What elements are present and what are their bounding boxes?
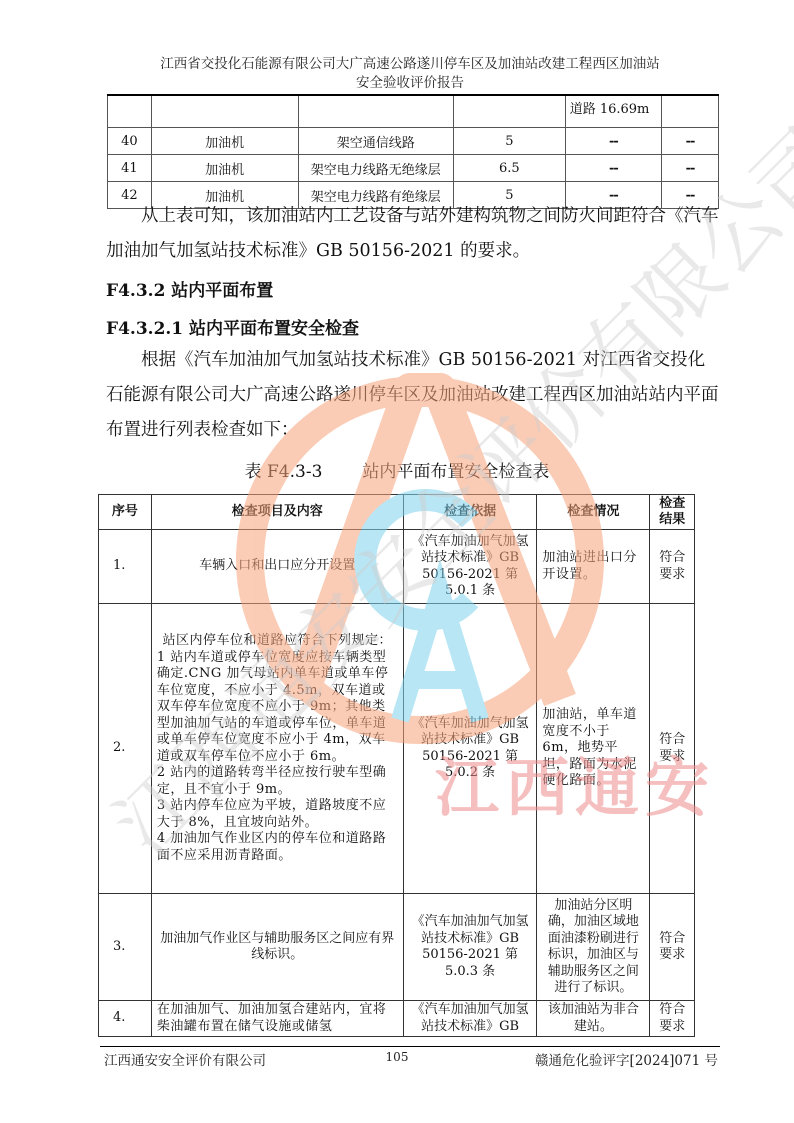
cell-equipment: 加油机 <box>151 128 298 155</box>
conclusion-paragraph: 从上表可知，该加油站内工艺设备与站外建构筑物之间防火间距符合《汽车加油加气加氢站… <box>106 199 720 269</box>
cell-no: 2. <box>99 604 152 894</box>
cell-actual-distance: 道路 16.69m <box>565 95 661 128</box>
intro-paragraph: 根据《汽车加油加气加氢站技术标准》GB 50156-2021 对江西省交投化石能… <box>106 343 720 448</box>
table-row: 4. 在加油加气、加油加氢合建站内，宜将柴油罐布置在储气设施或储氢 《汽车加油加… <box>99 1001 695 1037</box>
cell <box>151 95 298 128</box>
page-header: 江西省交投化石能源有限公司大广高速公路遂川停车区及加油站改建工程西区加油站 安全… <box>100 55 720 93</box>
cell-equipment: 加油机 <box>151 155 298 182</box>
cell-required: 6.5 <box>454 155 566 182</box>
subsection-heading: F4.3.2.1 站内平面布置安全检查 <box>106 314 359 339</box>
content-item-4: 4 加油加气作业区内的停车位和道路路面不应采用沥青路面。 <box>157 831 398 864</box>
header-result: 检查结果 <box>650 495 695 530</box>
cell-actual: -- <box>565 155 661 182</box>
cell-content: 在加油加气、加油加氢合建站内，宜将柴油罐布置在储气设施或储氢 <box>151 1001 403 1037</box>
table-caption-number: 表 F4.3-3 <box>245 462 323 482</box>
cell-basis: 《汽车加油加气加氢站技术标准》GB <box>403 1001 537 1037</box>
cell-result: 符合要求 <box>650 604 695 894</box>
cell-content: 车辆入口和出口应分开设置 <box>151 530 403 604</box>
fire-distance-table-continued: 道路 16.69m 40 加油机 架空通信线路 5 -- -- 41 加油机 架… <box>107 94 719 209</box>
cell-result: 符合要求 <box>650 530 695 604</box>
content-item-2: 2 站内的道路转弯半径应按行驶车型确定，且不宜小于 9m。 <box>157 765 398 798</box>
cell <box>298 95 453 128</box>
cell-no: 40 <box>108 128 152 155</box>
table-row: 3. 加油加气作业区与辅助服务区之间应有界线标识。 《汽车加油加气加氢站技术标准… <box>99 894 695 1001</box>
cell-result: -- <box>662 155 719 182</box>
cell-content: 加油加气作业区与辅助服务区之间应有界线标识。 <box>151 894 403 1001</box>
table-caption: 表 F4.3-3站内平面布置安全检查表 <box>0 457 794 482</box>
table-row: 1. 车辆入口和出口应分开设置 《汽车加油加气加氢站技术标准》GB 50156-… <box>99 530 695 604</box>
cell-required: 5 <box>454 128 566 155</box>
header-content: 检查项目及内容 <box>151 495 403 530</box>
cell-object: 架空电力线路无绝缘层 <box>298 155 453 182</box>
cell-basis: 《汽车加油加气加氢站技术标准》GB 50156-2021 第 5.0.2 条 <box>403 604 537 894</box>
layout-safety-check-table: 序号 检查项目及内容 检查依据 检查情况 检查结果 1. 车辆入口和出口应分开设… <box>98 494 695 1037</box>
cell-content: 站区内停车位和道路应符合下列规定： 1 站内车道或停车位宽度应按车辆类型确定.C… <box>151 604 403 894</box>
content-item-3: 3 站内停车位应为平坡，道路坡度不应大于 8%，且宜坡向站外。 <box>157 798 398 831</box>
cell-status: 加油站进出口分开设置。 <box>537 530 650 604</box>
cell-actual: -- <box>565 128 661 155</box>
header-title-line2: 安全验收评价报告 <box>100 74 720 93</box>
cell-status: 加油站分区明确，加油区域地面油漆粉刷进行标识，加油区与辅助服务区之间进行了标识。 <box>537 894 650 1001</box>
footer-doc-number: 赣通危化验评字[2024]071 号 <box>535 1049 718 1069</box>
table-header-row: 序号 检查项目及内容 检查依据 检查情况 检查结果 <box>99 495 695 530</box>
content-intro: 站区内停车位和道路应符合下列规定： <box>157 633 398 650</box>
cell-result: 符合要求 <box>650 1001 695 1037</box>
cell-basis: 《汽车加油加气加氢站技术标准》GB 50156-2021 第 5.0.1 条 <box>403 530 537 604</box>
header-status: 检查情况 <box>537 495 650 530</box>
table-row: 道路 16.69m <box>108 95 719 128</box>
footer-divider <box>100 1046 720 1047</box>
table-row: 40 加油机 架空通信线路 5 -- -- <box>108 128 719 155</box>
cell-result: 符合要求 <box>650 894 695 1001</box>
cell-no: 3. <box>99 894 152 1001</box>
cell <box>108 95 152 128</box>
cell-basis: 《汽车加油加气加氢站技术标准》GB 50156-2021 第 5.0.3 条 <box>403 894 537 1001</box>
header-no: 序号 <box>99 495 152 530</box>
section-heading: F4.3.2 站内平面布置 <box>106 276 273 301</box>
cell-result: -- <box>662 128 719 155</box>
cell-status: 该加油站为非合建站。 <box>537 1001 650 1037</box>
cell <box>662 95 719 128</box>
content-item-1: 1 站内车道或停车位宽度应按车辆类型确定.CNG 加气母站内单车道或单车停车位宽… <box>157 650 398 766</box>
table-row: 41 加油机 架空电力线路无绝缘层 6.5 -- -- <box>108 155 719 182</box>
cell-no: 41 <box>108 155 152 182</box>
cell-object: 架空通信线路 <box>298 128 453 155</box>
header-title-line1: 江西省交投化石能源有限公司大广高速公路遂川停车区及加油站改建工程西区加油站 <box>100 55 720 74</box>
header-basis: 检查依据 <box>403 495 537 530</box>
cell-no: 4. <box>99 1001 152 1037</box>
cell-no: 1. <box>99 530 152 604</box>
cell <box>454 95 566 128</box>
table-caption-title: 站内平面布置安全检查表 <box>362 462 549 482</box>
table-row: 2. 站区内停车位和道路应符合下列规定： 1 站内车道或停车位宽度应按车辆类型确… <box>99 604 695 894</box>
cell-status: 加油站，单车道宽度不小于 6m，地势平坦，路面为水泥硬化路面。 <box>537 604 650 894</box>
